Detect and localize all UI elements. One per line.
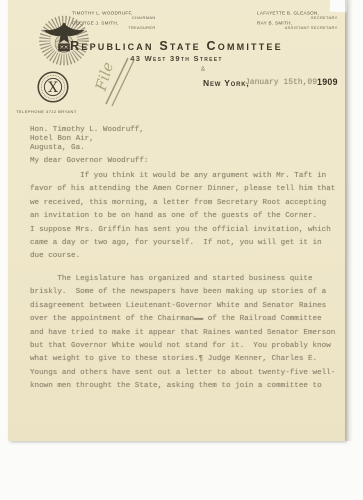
typed-line: and have tried to make it appear that Ra… (30, 327, 335, 340)
typed-line: but that Governor White would not stand … (30, 340, 335, 353)
recipient-address-block: Hon. Timothy L. Woodruff,Hotel Bon Air,A… (30, 126, 144, 152)
street-address: 43 West 39th Street (8, 54, 345, 63)
salutation: My dear Governor Woodruff: (30, 157, 148, 165)
telephone-line: Telephone 4712 Bryant (16, 110, 93, 114)
typed-line: briskly. Some of the newspapers have bee… (30, 286, 335, 299)
typed-line: an invitation to be on hand as one of th… (30, 210, 335, 223)
dateline: New York, January 15th,09 1909 (8, 77, 345, 89)
typed-line: we received, this morning, a letter from… (30, 197, 335, 210)
typed-line: If you think it would be any argument wi… (30, 170, 335, 183)
scanned-letter-photo: X Telephone 4712 Bryant TIMOTHY L. WOODR… (0, 0, 363, 500)
body-paragraph-2: The Legislature has organized and starte… (30, 273, 335, 394)
typed-line: over the appointment of the Chairman▬▬ o… (30, 313, 335, 326)
officers-left: TIMOTHY L. WOODRUFF, CHAIRMAN GEORGE J. … (72, 11, 158, 31)
typed-line: came a day or two ago, for yourself. If … (30, 237, 335, 250)
typed-line: I suppose Mrs. Griffin has sent you the … (30, 224, 335, 237)
typed-line: The Legislature has organized and starte… (30, 273, 335, 286)
organization-name: Republican State Committee (8, 39, 345, 53)
dateline-printed-year: 1909 (317, 77, 338, 87)
typed-line: Hotel Bon Air, (30, 135, 144, 144)
letter-page: X Telephone 4712 Bryant TIMOTHY L. WOODR… (8, 0, 345, 441)
typed-line: Hon. Timothy L. Woodruff, (30, 126, 144, 135)
paper-edge-shadow (345, 0, 353, 441)
officer-title: TREASURER (72, 26, 158, 31)
eagle-head (62, 23, 65, 26)
typed-line: favor of his attending the Amen Corner D… (30, 183, 335, 196)
pencil-slashes (98, 52, 138, 108)
body-paragraph-1: If you think it would be any argument wi… (30, 170, 335, 264)
typed-line: known men throught the State, asking the… (30, 380, 335, 393)
typed-line: due course. (30, 250, 335, 263)
dateline-city: New York, (203, 78, 250, 88)
typed-line: Augusta, Ga. (30, 144, 144, 153)
officer-title: ASSISTANT SECRETARY (257, 26, 341, 31)
typed-line: disagreement between Lieutenant-Governor… (30, 300, 335, 313)
officers-right: LAFAYETTE B. GLEASON, SECRETARY RAY B. S… (257, 11, 341, 31)
ink-mark: & (201, 66, 206, 74)
typed-line: what weight to give to these stories.¶ J… (30, 353, 335, 366)
dateline-typed-date: January 15th,09 (245, 78, 317, 87)
typed-line: Youngs and others have sent out a letter… (30, 367, 335, 380)
